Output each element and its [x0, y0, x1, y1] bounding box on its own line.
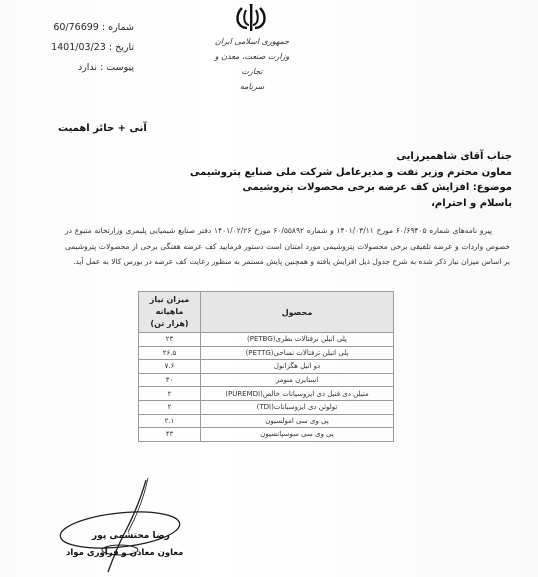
products-table: محصول میزان نیاز ماهیانه (هزار تن) پلی ا… [138, 291, 394, 442]
need-cell: ۲ [139, 400, 201, 414]
letterhead-line2: وزارت صنعت، معدن و تجارت [214, 49, 290, 79]
signature-mark-icon [58, 478, 198, 573]
table-row: پلی اتیلن ترفتالات نساجی(PETTG) ۲۶.۵ [139, 346, 394, 360]
number-label: شماره : [102, 22, 134, 33]
letter-page: شماره : 60/76699 تاریخ : 1401/03/23 پیوس… [0, 0, 538, 577]
header-need-line1: میزان نیاز ماهیانه [139, 294, 200, 318]
date-value: 1401/03/23 [51, 42, 106, 53]
need-cell: ۷.۶ [139, 360, 201, 374]
product-cell: استایرن منومر [201, 373, 394, 387]
table-row: استایرن منومر ۳۰ [139, 373, 394, 387]
table-row: پی وی سی امولسیون ۲.۱ [139, 414, 394, 428]
letter-number: شماره : 60/76699 [44, 18, 134, 38]
body-paragraph: پیرو نامه‌های شماره ۶۰/۶۹۴۰۵ مورخ ۱۴۰۱/۰… [65, 223, 510, 270]
greeting: باسلام و احترام، [92, 196, 512, 212]
table-header-row: محصول میزان نیاز ماهیانه (هزار تن) [139, 292, 394, 333]
need-cell: ۲۶.۵ [139, 346, 201, 360]
table-row: پلی اتیلن ترفتالات بطری(PETBG) ۲۳ [139, 333, 394, 347]
product-cell: دو اتیل هگزانول [201, 360, 394, 374]
header-need-line2: (هزار تن) [139, 318, 200, 330]
need-cell: ۲۳ [139, 333, 201, 347]
number-value: 60/76699 [53, 22, 99, 33]
product-cell: پی وی سی امولسیون [201, 414, 394, 428]
table-row: دو اتیل هگزانول ۷.۶ [139, 360, 394, 374]
subject: موضوع: افزایش کف عرضه برخی محصولات پتروش… [92, 180, 512, 196]
recipient-title: معاون محترم وزیر نفت و مدیرعامل شرکت ملی… [92, 165, 512, 181]
product-cell: متیلن دی فنیل دی ایزوسیانات خالص(PUREMDI… [201, 387, 394, 401]
need-cell: ۲ [139, 387, 201, 401]
letterhead-line3: سرنامه [214, 79, 290, 94]
letter-attachment: پیوست : ندارد [44, 58, 134, 78]
product-cell: تولوئن دی ایزوسیانات(TDI) [201, 400, 394, 414]
product-cell: پلی اتیلن ترفتالات بطری(PETBG) [201, 333, 394, 347]
attachment-label: پیوست : [100, 62, 134, 73]
letter-meta: شماره : 60/76699 تاریخ : 1401/03/23 پیوس… [44, 18, 134, 78]
table-row: تولوئن دی ایزوسیانات(TDI) ۲ [139, 400, 394, 414]
header-need: میزان نیاز ماهیانه (هزار تن) [139, 292, 201, 333]
product-cell: پی وی سی سوسپانسیون [201, 428, 394, 442]
product-cell: پلی اتیلن ترفتالات نساجی(PETTG) [201, 346, 394, 360]
recipient: جناب آقای شاهمیرزایی [92, 149, 512, 165]
need-cell: ۴۳ [139, 428, 201, 442]
need-cell: ۳۰ [139, 373, 201, 387]
date-label: تاریخ : [109, 42, 134, 53]
header-product: محصول [201, 292, 394, 333]
need-cell: ۲.۱ [139, 414, 201, 428]
iran-emblem-icon [232, 4, 270, 32]
letter-header: جناب آقای شاهمیرزایی معاون محترم وزیر نف… [92, 149, 512, 211]
attachment-value: ندارد [78, 62, 97, 73]
letter-body: پیرو نامه‌های شماره ۶۰/۶۹۴۰۵ مورخ ۱۴۰۱/۰… [65, 223, 510, 270]
letterhead-line1: جمهوری اسلامی ایران [214, 34, 290, 49]
letter-date: تاریخ : 1401/03/23 [44, 38, 134, 58]
urgency-label: آنی + حائز اهمیت [58, 123, 147, 134]
signer-name: رضا محتشمی پور [92, 531, 170, 541]
table-row: متیلن دی فنیل دی ایزوسیانات خالص(PUREMDI… [139, 387, 394, 401]
signer-title: معاون معادن و فرآوری مواد [66, 548, 183, 558]
letterhead-text: جمهوری اسلامی ایران وزارت صنعت، معدن و ت… [214, 34, 290, 94]
table-row: پی وی سی سوسپانسیون ۴۳ [139, 428, 394, 442]
